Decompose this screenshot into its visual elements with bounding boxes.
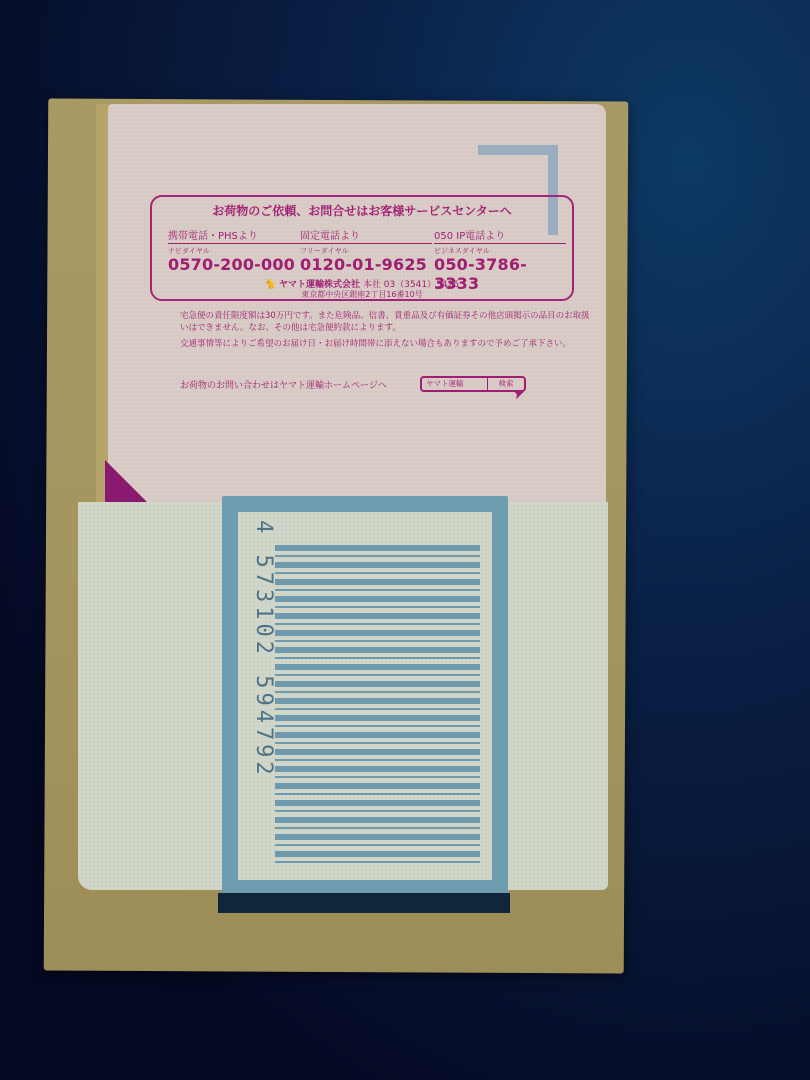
mobile-phone-column: 携帯電話・PHSより ナビダイヤル 0570-200-000: [168, 227, 300, 274]
customer-service-box: お荷物のご依頼、お問合せはお客様サービスセンターへ 携帯電話・PHSより ナビダ…: [150, 195, 574, 301]
barcode-bars: [275, 545, 480, 865]
column-header: 固定電話より: [300, 227, 432, 244]
web-prompt: お荷物のお問い合わせはヤマト運輸ホームページへ: [180, 378, 387, 391]
service-center-title: お荷物のご依頼、お問合せはお客様サービスセンターへ: [152, 202, 572, 219]
barcode-shadow-strip: [218, 893, 510, 913]
column-header: 050 IP電話より: [434, 227, 566, 244]
phone-number: 0570-200-000: [168, 255, 300, 274]
company-address: 東京都中央区銀座2丁目16番10号: [152, 289, 572, 300]
landline-column: 固定電話より フリーダイヤル 0120-01-9625: [300, 227, 432, 274]
magenta-corner-mark: [105, 460, 149, 504]
liability-notes: 宅急便の責任限度額は30万円です。また危険品、信書、貴重品及び有価証券その他店頭…: [180, 310, 590, 350]
search-query: ヤマト運輸: [422, 378, 488, 390]
column-header: 携帯電話・PHSより: [168, 227, 300, 244]
phone-number: 0120-01-9625: [300, 255, 432, 274]
barcode-number: 4 573102 594792: [252, 520, 276, 860]
note-liability: 宅急便の責任限度額は30万円です。また危険品、信書、貴重品及び有価証券その他店頭…: [180, 310, 590, 334]
note-delivery: 交通事情等によりご希望のお届け日・お届け時間帯に添えない場合もありますので予めご…: [180, 338, 590, 350]
